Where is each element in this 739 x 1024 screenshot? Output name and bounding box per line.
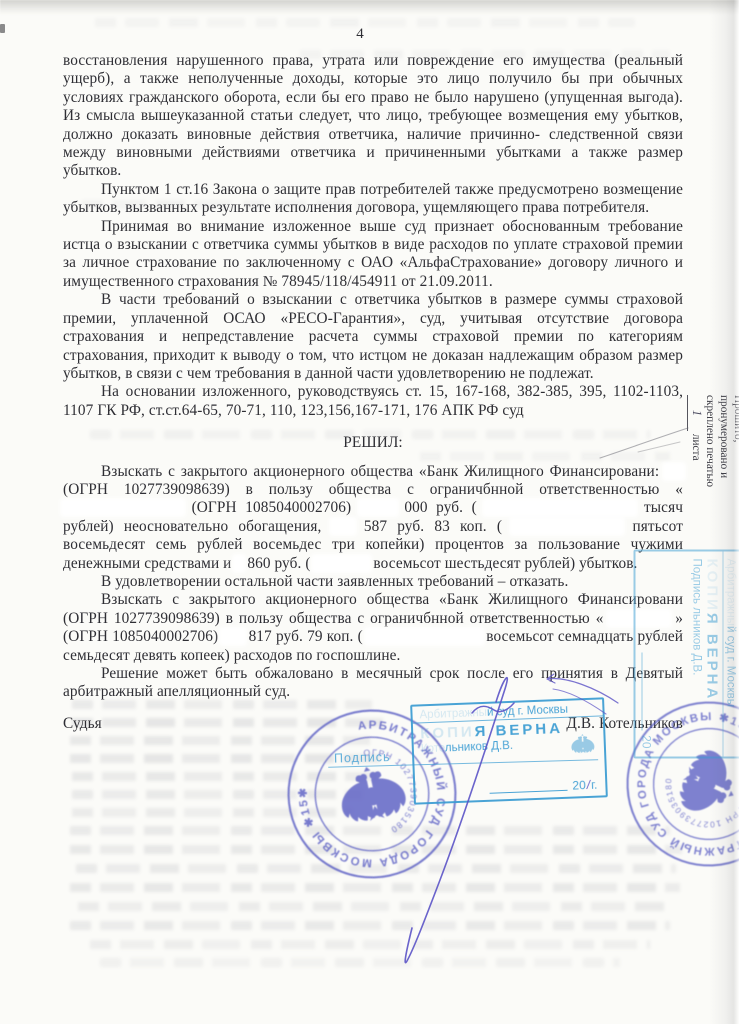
redaction-box xyxy=(360,501,396,514)
decision-text-block: восстановления нарушенного права, утрата… xyxy=(63,52,683,733)
decree-recover-unjust-enrichment: Взыскать с закрытого акционерного общест… xyxy=(63,463,683,573)
redaction-box xyxy=(332,520,354,533)
refusal-clause: В удовлетворении остальной части заявлен… xyxy=(63,573,683,591)
redaction-box xyxy=(485,501,635,514)
scanned-court-decision-page: 4 восстановления нарушенного права, утра… xyxy=(0,0,739,1024)
paragraph-legal-basis: На основании изложенного, руководствуясь… xyxy=(63,383,683,420)
copy-certification-stamp-bleed: Арбитражный суд г. Москвы КОПИЯ ВЕРНА По… xyxy=(634,550,739,759)
decree1-text: 587 руб. 83 коп. ( xyxy=(364,518,502,535)
paragraph-reso-claim-rejected: В части требований о взыскании с ответчи… xyxy=(63,291,683,383)
bleedthrough-line xyxy=(100,958,620,967)
count-blank-line: 1 xyxy=(687,395,703,431)
paragraph-consumer-law: Пунктом 1 ст.16 Закона о защите прав пот… xyxy=(63,181,683,218)
bleedthrough-line xyxy=(70,883,680,892)
redaction-box xyxy=(367,630,482,643)
page-number: 4 xyxy=(0,26,720,43)
scan-top-edge xyxy=(0,0,739,15)
decree2-text: Взыскать с закрытого акционерного общест… xyxy=(63,591,683,626)
bleedthrough-line xyxy=(70,921,670,930)
paragraph-damages-definition: восстановления нарушенного права, утрата… xyxy=(63,52,683,181)
redaction-box xyxy=(512,520,622,533)
bleedthrough-line xyxy=(90,940,650,949)
redaction-box xyxy=(314,557,369,570)
decree1-text: (ОГРН 1085040002706) xyxy=(192,499,352,516)
handwritten-sheet-count: 1 xyxy=(690,410,704,416)
decree2-text: (ОГРН 1085040002706) xyxy=(63,628,218,645)
decree1-text: (ОГРН 1027739098639) в пользу общества с… xyxy=(63,481,683,498)
scan-edge-speck xyxy=(0,24,5,33)
redaction-box xyxy=(235,557,243,570)
decision-heading: РЕШИЛ: xyxy=(63,434,683,452)
decree-recover-state-duty: Взыскать с закрытого акционерного общест… xyxy=(63,591,683,665)
paragraph-claim-justified: Принимая во внимание изложенное выше суд… xyxy=(63,218,683,292)
decree1-text: Взыскать с закрытого акционерного общест… xyxy=(101,463,659,480)
decree1-text: восемьсот шестьдесят рублей) убытков. xyxy=(373,555,637,572)
redaction-box xyxy=(63,501,183,514)
redaction-box xyxy=(222,630,244,643)
decree1-text: 000 руб. ( xyxy=(404,499,477,516)
appeal-clause: Решение может быть обжаловано в месячный… xyxy=(63,665,683,702)
judge-label: Судья xyxy=(63,715,102,733)
date-blank-line xyxy=(490,790,568,794)
handwritten-slash: / xyxy=(587,778,591,792)
decree2-text: 817 руб. 79 коп. ( xyxy=(249,628,363,645)
stamp-date-line: 20/г. xyxy=(489,778,597,796)
bleedthrough-line xyxy=(78,902,668,911)
decree1-text: 860 руб. ( xyxy=(247,555,310,572)
